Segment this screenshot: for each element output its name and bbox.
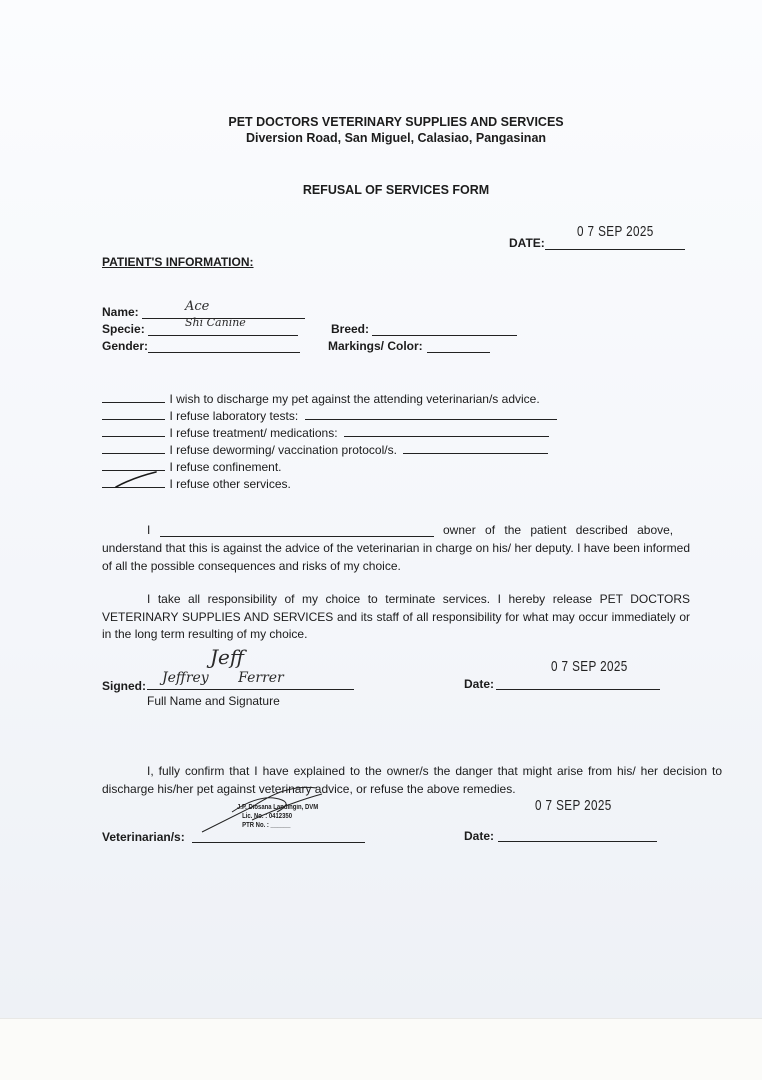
- signature-caption: Full Name and Signature: [147, 694, 280, 708]
- name-label: Name:: [102, 305, 139, 319]
- veterinarian-signature-field[interactable]: [192, 829, 365, 843]
- gender-label: Gender:: [102, 339, 148, 353]
- markings-label: Markings/ Color:: [328, 339, 423, 353]
- statement-paragraph-2: I take all responsibility of my choice t…: [102, 591, 690, 644]
- option-check-line[interactable]: [102, 457, 165, 471]
- option-check-line[interactable]: [102, 440, 165, 454]
- markings-field[interactable]: [427, 339, 490, 353]
- specie-value: Shi Canine: [185, 316, 246, 329]
- signed-label: Signed:: [102, 679, 146, 693]
- owner-date-stamp: 0 7 SEP 2025: [551, 658, 628, 675]
- owner-date-field[interactable]: [496, 676, 660, 690]
- breed-label: Breed:: [331, 322, 369, 336]
- gender-field[interactable]: [148, 339, 300, 353]
- option-other-services: I refuse other services.: [102, 474, 291, 493]
- option-label: I wish to discharge my pet against the a…: [169, 392, 539, 406]
- option-check-line[interactable]: [102, 474, 165, 488]
- patient-info-heading: PATIENT'S INFORMATION:: [102, 255, 254, 269]
- vet-date-label: Date:: [464, 829, 494, 843]
- owner-date-label: Date:: [464, 677, 494, 691]
- top-date-label: DATE:: [509, 236, 545, 250]
- option-detail-field[interactable]: [403, 440, 548, 454]
- checkmark-icon: [112, 470, 162, 490]
- owner-initials-signature: Jeff: [210, 645, 244, 669]
- vet-stamp-license: Lic. No. : 0412350: [237, 812, 318, 821]
- company-address: Diversion Road, San Miguel, Calasiao, Pa…: [15, 131, 762, 145]
- option-label: I refuse deworming/ vaccination protocol…: [169, 443, 396, 457]
- vet-date-field[interactable]: [498, 828, 657, 842]
- option-label: I refuse confinement.: [169, 460, 281, 474]
- statement-paragraph-1: understand that this is against the advi…: [102, 540, 690, 575]
- option-check-line[interactable]: [102, 406, 165, 420]
- vet-stamp-name: J.P. Diosana Landingin, DVM: [237, 803, 318, 812]
- name-value: Ace: [185, 299, 209, 314]
- company-name: PET DOCTORS VETERINARY SUPPLIES AND SERV…: [15, 115, 762, 129]
- vet-date-stamp: 0 7 SEP 2025: [535, 797, 612, 814]
- owner-name-field[interactable]: [160, 523, 434, 537]
- form-title: REFUSAL OF SERVICES FORM: [15, 183, 762, 197]
- option-check-line[interactable]: [102, 423, 165, 437]
- form-page: [0, 0, 762, 1018]
- breed-field[interactable]: [372, 322, 517, 336]
- top-date-stamp: 0 7 SEP 2025: [577, 223, 654, 240]
- option-label: I refuse laboratory tests:: [169, 409, 298, 423]
- option-label: I refuse treatment/ medications:: [169, 426, 337, 440]
- option-detail-field[interactable]: [305, 406, 557, 420]
- owner-suffix: owner of the patient described above,: [443, 523, 673, 537]
- specie-label: Specie:: [102, 322, 145, 336]
- owner-signed-name: Jeffrey Ferrer: [162, 670, 284, 686]
- option-detail-field[interactable]: [344, 423, 549, 437]
- option-label: I refuse other services.: [169, 477, 290, 491]
- veterinarian-label: Veterinarian/s:: [102, 830, 185, 844]
- scan-background: [0, 1018, 762, 1080]
- owner-prefix: I: [147, 523, 150, 537]
- option-check-line[interactable]: [102, 389, 165, 403]
- vet-stamp: J.P. Diosana Landingin, DVM Lic. No. : 0…: [237, 803, 318, 830]
